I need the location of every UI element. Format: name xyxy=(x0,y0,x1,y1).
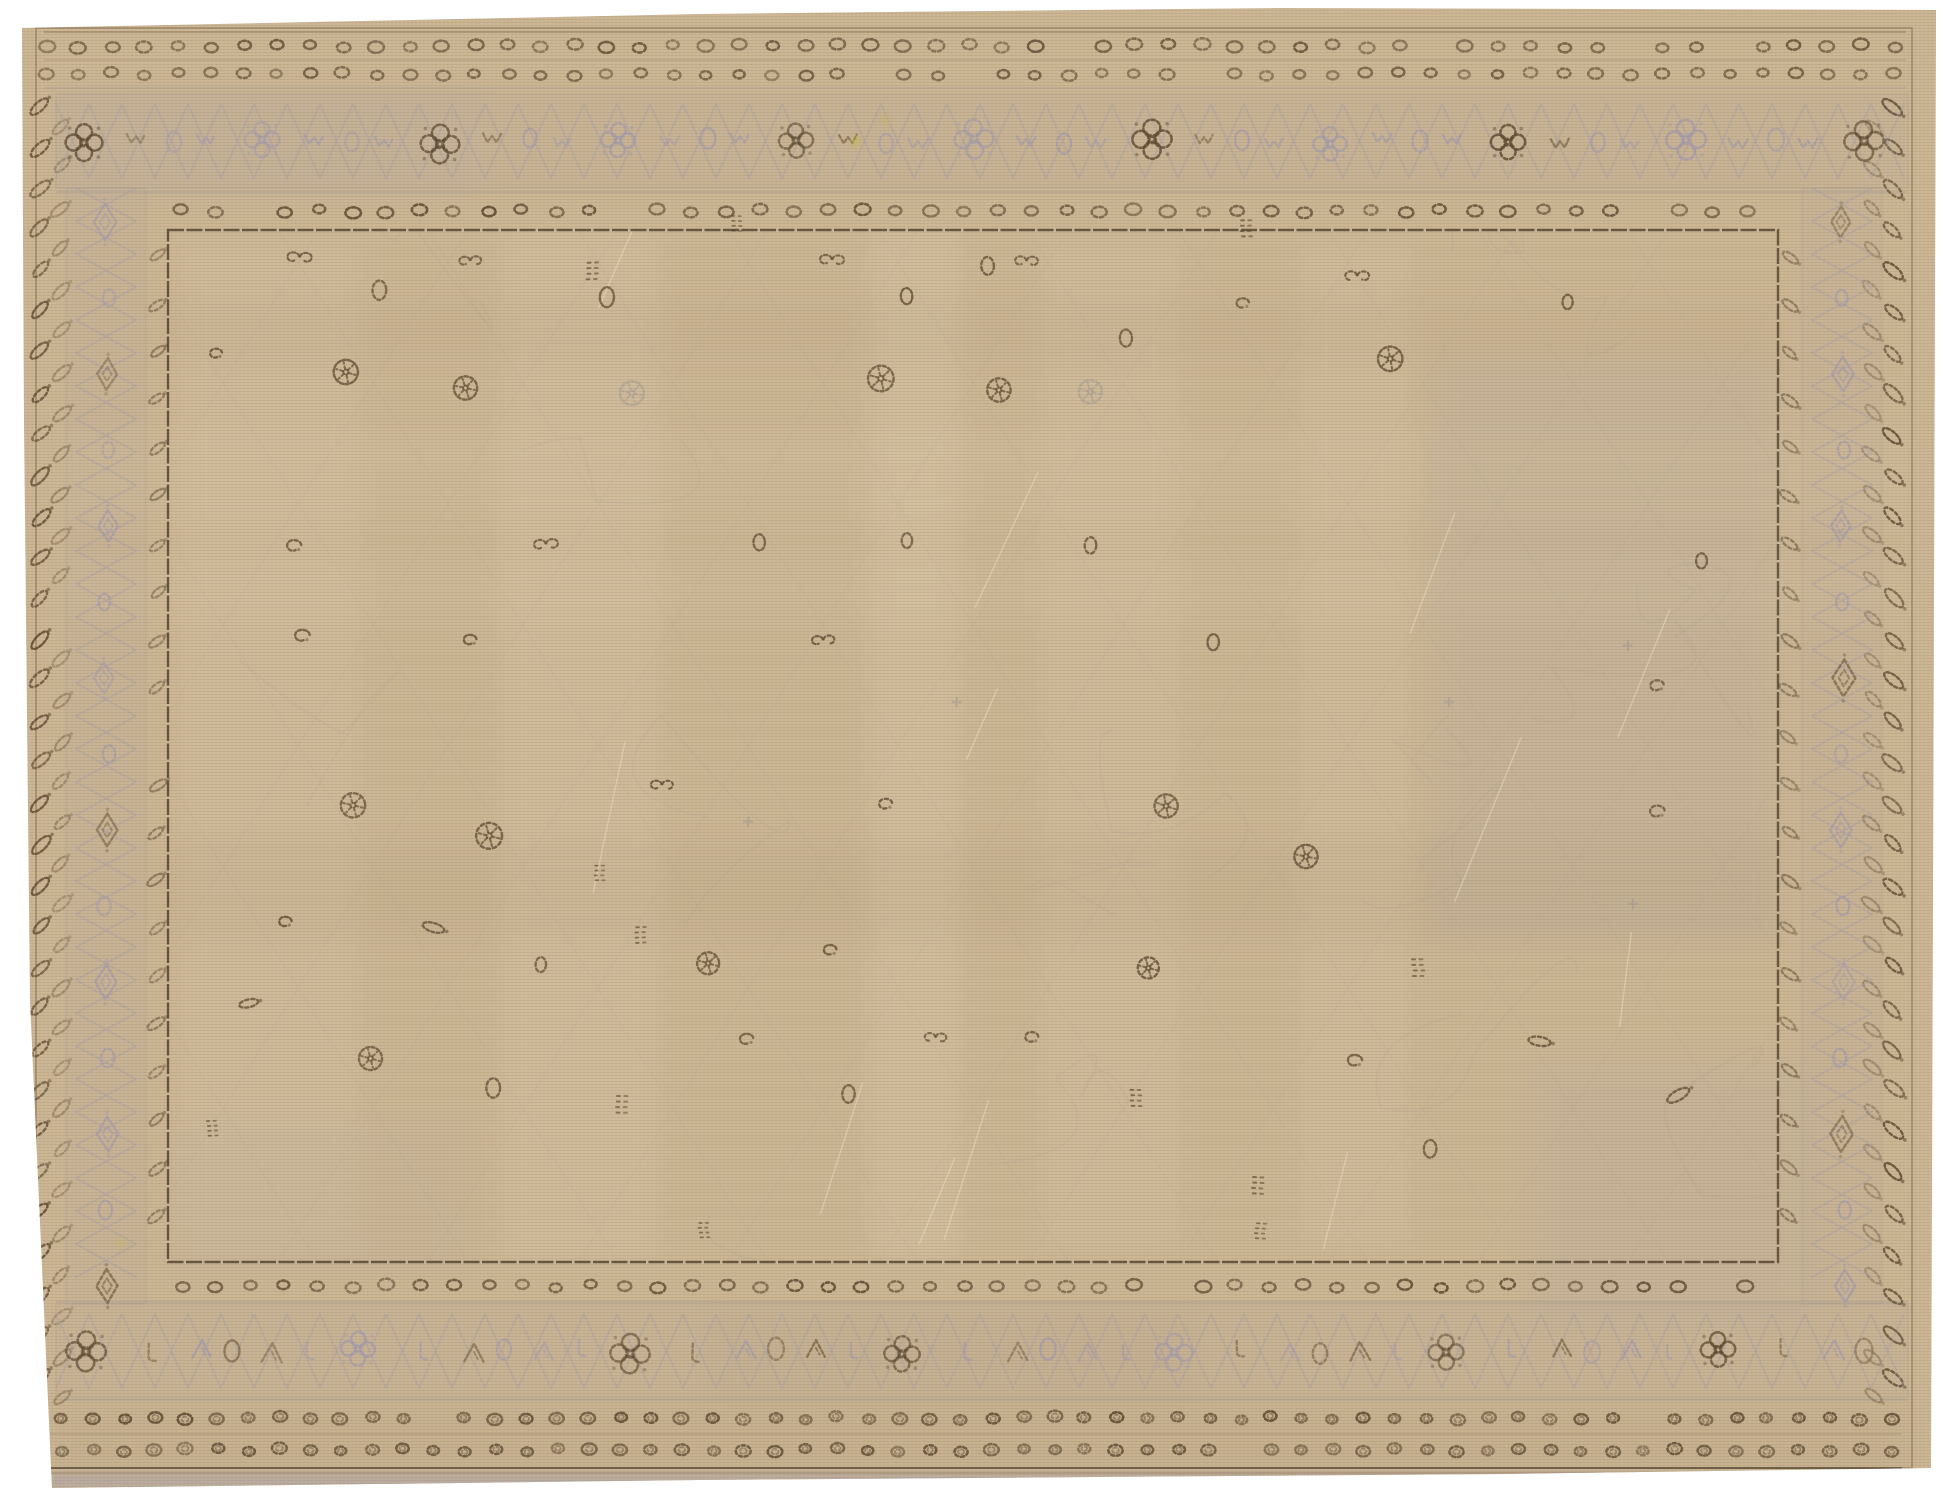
photo-stage xyxy=(0,0,1950,1500)
rug-photo xyxy=(0,0,1950,1500)
